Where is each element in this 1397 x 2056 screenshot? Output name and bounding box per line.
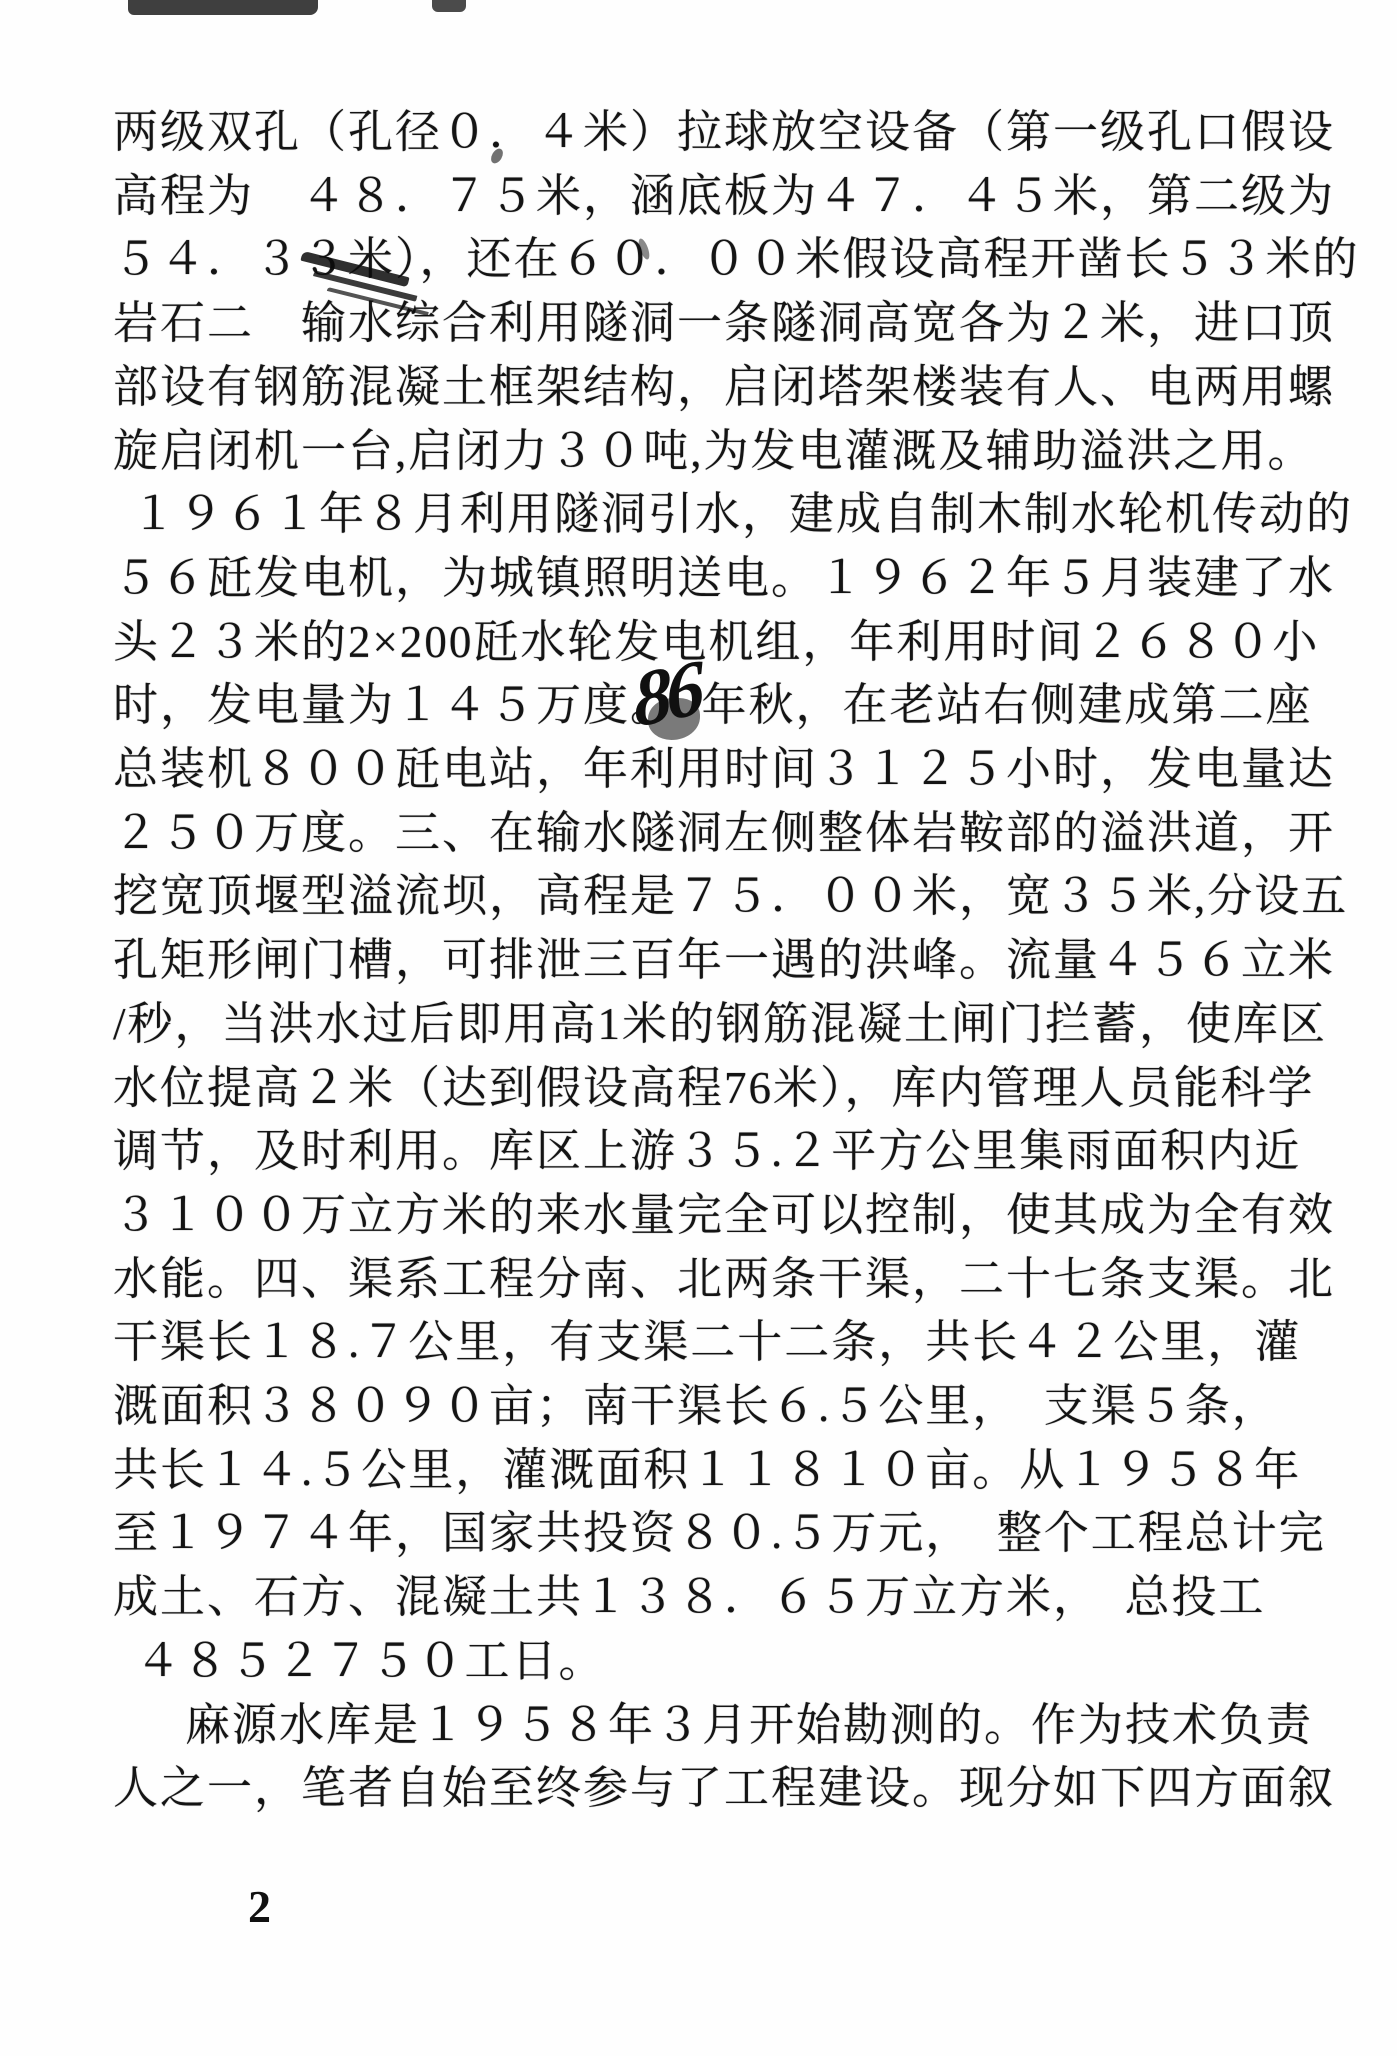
text-line: 干渠长１８.７公里，有支渠二十二条，共长４２公里，灌 bbox=[113, 1311, 1337, 1375]
text-line: 溉面积３８０９０亩；南干渠长６.５公里， 支渠５条， bbox=[113, 1375, 1337, 1439]
text-line: 岩石二 输水综合利用隧洞一条隧洞高宽各为２米，进口顶 bbox=[113, 292, 1337, 356]
text-line: ３１００万立方米的来水量完全可以控制，使其成为全有效 bbox=[113, 1184, 1337, 1248]
document-page: 两级双孔（孔径０．４米）拉球放空设备（第一级孔口假设高程为 ４８．７５米，涵底板… bbox=[0, 0, 1397, 2056]
text-line: /秒，当洪水过后即用高1米的钢筋混凝土闸门拦蓄，使库区 bbox=[113, 993, 1337, 1057]
text-line: 至１９７４年，国家共投资８０.５万元， 整个工程总计完 bbox=[113, 1502, 1337, 1566]
text-line: ５６瓩发电机，为城镇照明送电。１９６２年５月装建了水 bbox=[113, 547, 1337, 611]
text-line: 调节，及时利用。库区上游３５.２平方公里集雨面积内近 bbox=[113, 1120, 1337, 1184]
handwritten-annotation: 86 bbox=[631, 648, 701, 740]
text-line: 部设有钢筋混凝土框架结构，启闭塔架楼装有人、电两用螺 bbox=[113, 356, 1337, 420]
text-line: 头２３米的2×200瓩水轮发电机组，年利用时间２６８０小 bbox=[113, 611, 1337, 675]
text-line: 挖宽顶堰型溢流坝，高程是７５．００米，宽３５米,分设五 bbox=[113, 865, 1337, 929]
text-line: 孔矩形闸门槽，可排泄三百年一遇的洪峰。流量４５６立米 bbox=[113, 929, 1337, 993]
text-line: ５４．３３米），还在６０．００米假设高程开凿长５３米的 bbox=[113, 228, 1337, 292]
text-line: 水位提高２米（达到假设高程76米），库内管理人员能科学 bbox=[113, 1057, 1337, 1121]
text-line: 成土、石方、混凝土共１３８．６５万立方米， 总投工 bbox=[113, 1566, 1337, 1630]
text-line: 两级双孔（孔径０．４米）拉球放空设备（第一级孔口假设 bbox=[113, 101, 1337, 165]
text-line: 高程为 ４８．７５米，涵底板为４７．４５米，第二级为 bbox=[113, 165, 1337, 229]
text-line: ２５０万度。三、在输水隧洞左侧整体岩鞍部的溢洪道，开 bbox=[113, 802, 1337, 866]
ink-smudge bbox=[128, 0, 318, 15]
text-line: 总装机８００瓩电站，年利用时间３１２５小时，发电量达 bbox=[113, 738, 1337, 802]
text-line: 麻源水库是１９５８年３月开始勘测的。作为技术负责 bbox=[113, 1694, 1337, 1758]
text-line: 时，发电量为１４５万度。 年秋，在老站右侧建成第二座 bbox=[113, 674, 1337, 738]
page-number: 2 bbox=[248, 1880, 271, 1933]
ink-smudge bbox=[432, 0, 466, 12]
text-line: ４８５２７５０工日。 bbox=[113, 1630, 1337, 1694]
text-line: 人之一，笔者自始至终参与了工程建设。现分如下四方面叙 bbox=[113, 1757, 1337, 1821]
text-line: 旋启闭机一台,启闭力３０吨,为发电灌溉及辅助溢洪之用。 bbox=[113, 420, 1337, 484]
text-block: 两级双孔（孔径０．４米）拉球放空设备（第一级孔口假设高程为 ４８．７５米，涵底板… bbox=[113, 101, 1337, 1821]
text-line: 共长１４.５公里，灌溉面积１１８１０亩。从１９５８年 bbox=[113, 1439, 1337, 1503]
text-line: １９６１年８月利用隧洞引水，建成自制木制水轮机传动的 bbox=[113, 483, 1337, 547]
text-line: 水能。四、渠系工程分南、北两条干渠，二十七条支渠。北 bbox=[113, 1248, 1337, 1312]
